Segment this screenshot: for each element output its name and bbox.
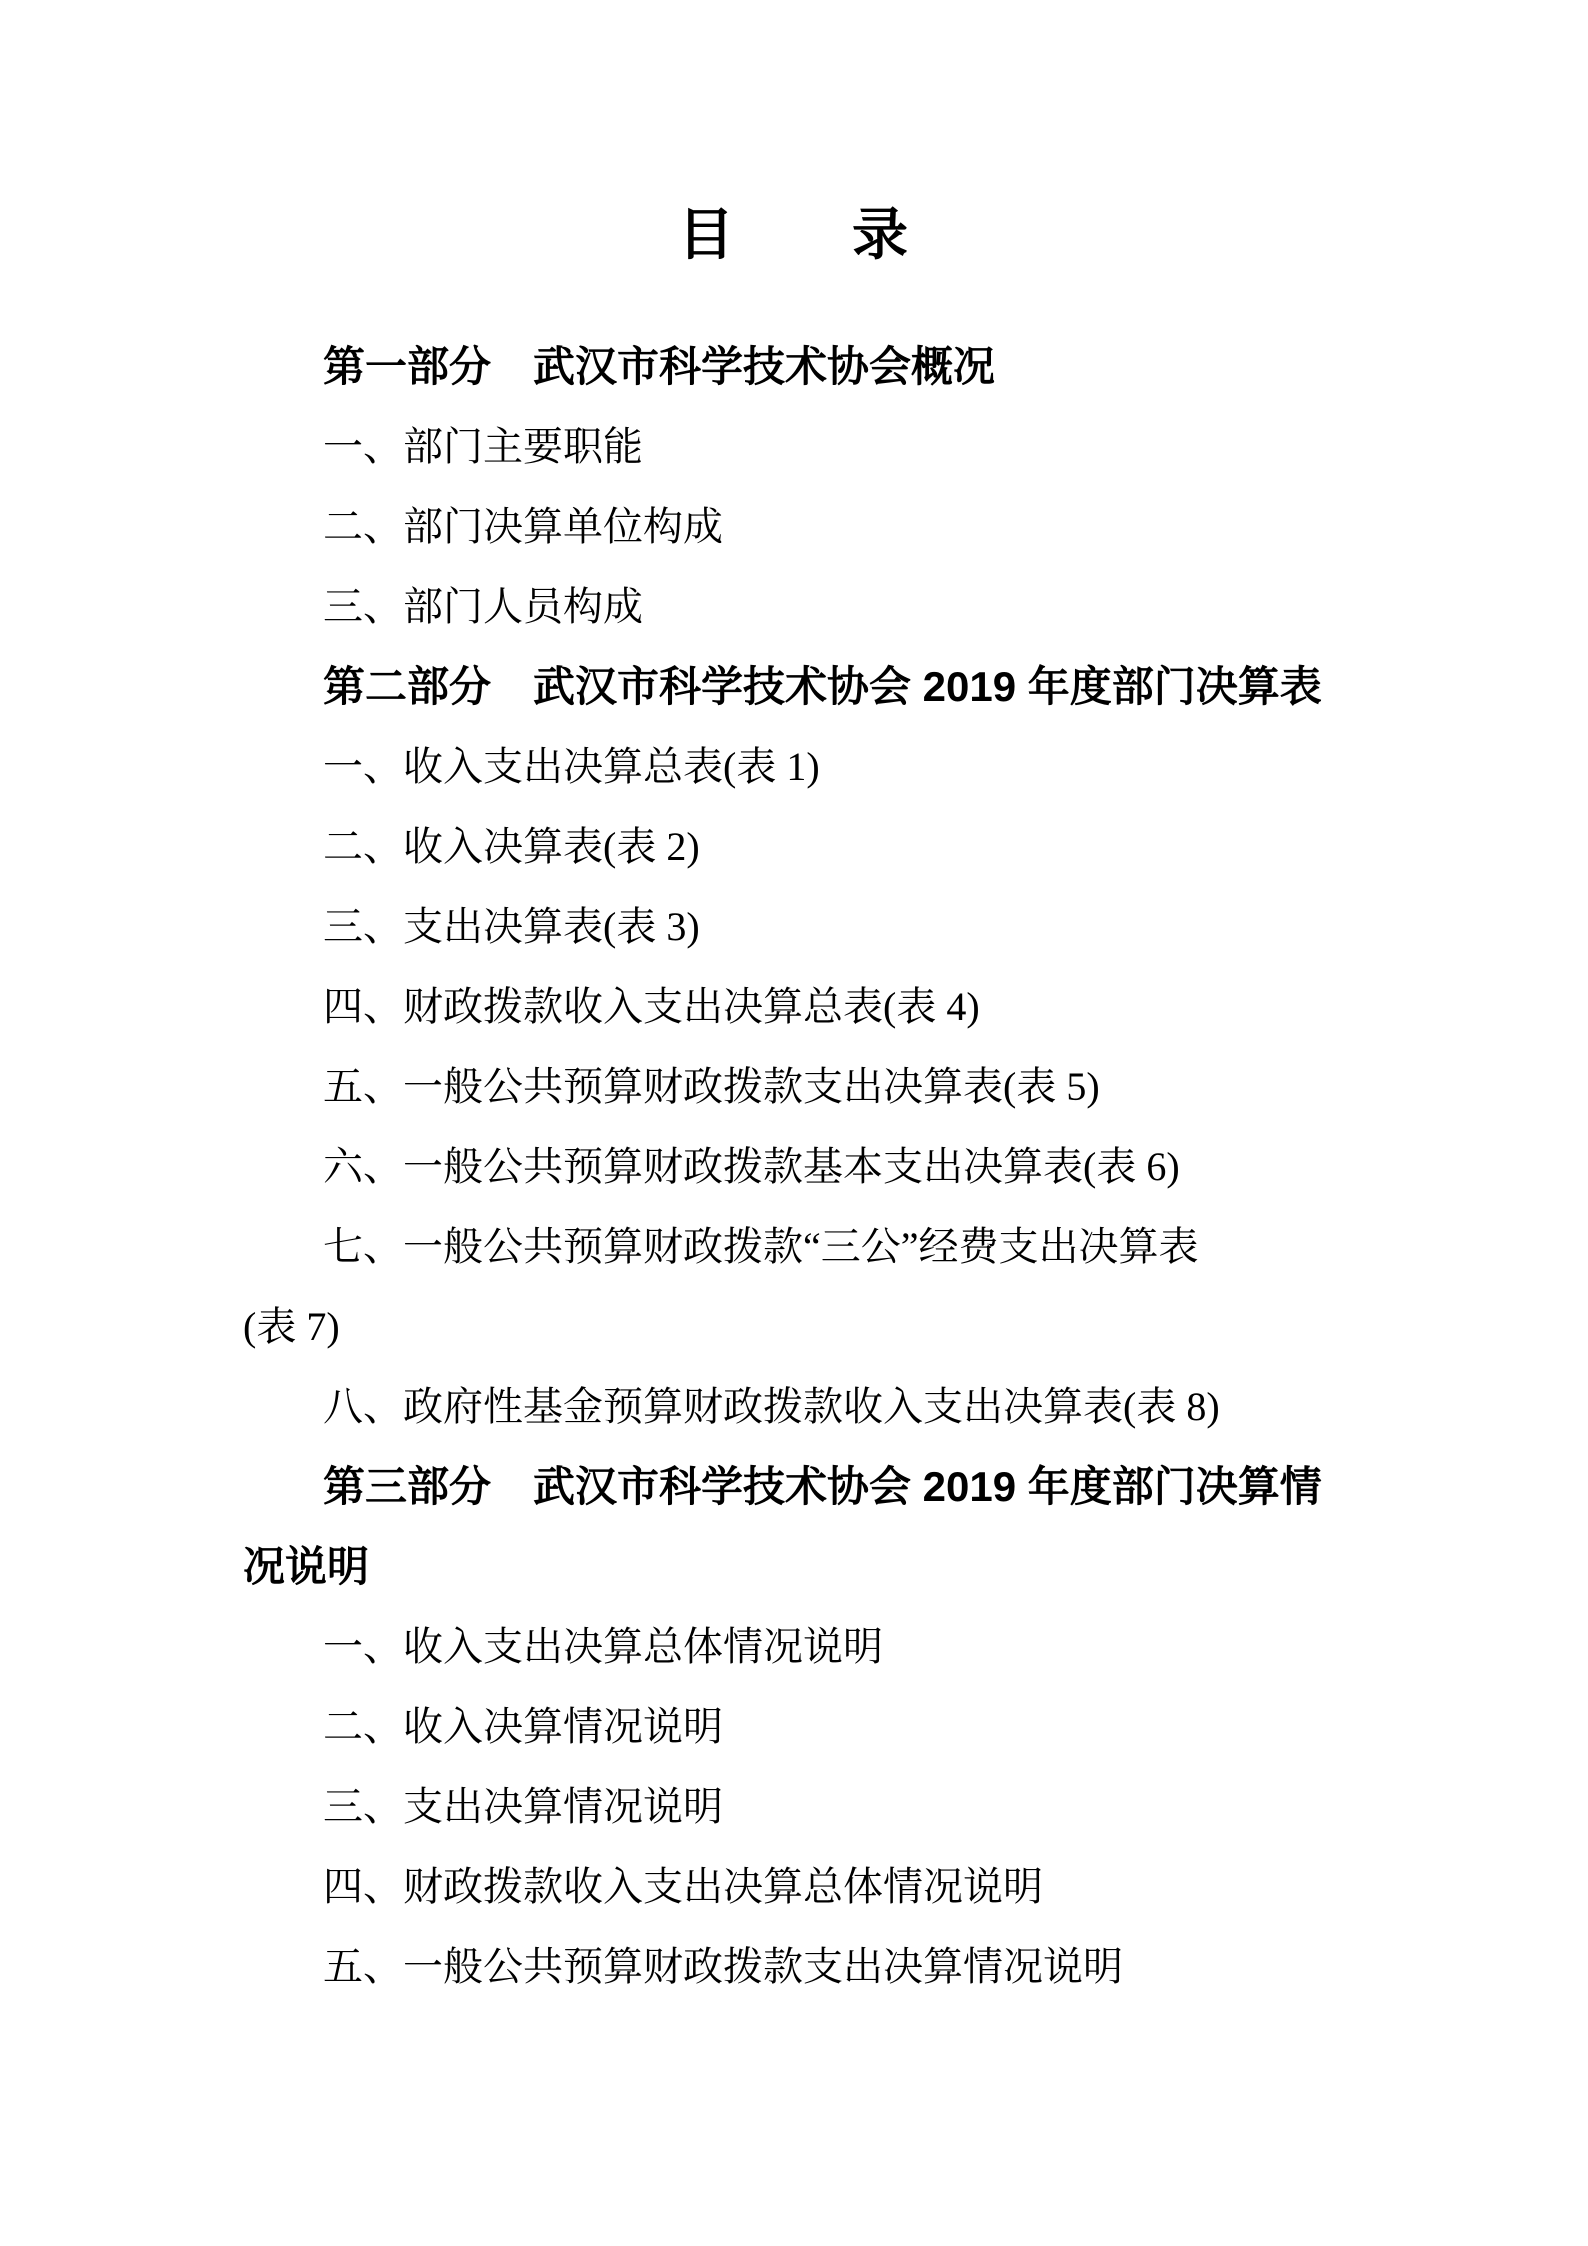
toc-entry: 二、部门决算单位构成 [243,487,1345,567]
toc-section-heading-wrap: 况说明 [243,1527,1345,1607]
toc-entry: 二、收入决算表(表 2) [243,807,1345,887]
toc-entry: 一、收入支出决算总表(表 1) [243,727,1345,807]
toc-entry: 二、收入决算情况说明 [243,1687,1345,1767]
toc-section-heading: 第二部分 武汉市科学技术协会 2019 年度部门决算表 [243,647,1345,727]
toc-entry: 六、一般公共预算财政拨款基本支出决算表(表 6) [243,1127,1345,1207]
toc-entry: 三、支出决算表(表 3) [243,887,1345,967]
toc-section-heading: 第三部分 武汉市科学技术协会 2019 年度部门决算情 [243,1447,1345,1527]
toc-entry: 八、政府性基金预算财政拨款收入支出决算表(表 8) [243,1367,1345,1447]
toc-entry: 四、财政拨款收入支出决算总体情况说明 [243,1847,1345,1927]
toc-entry: 五、一般公共预算财政拨款支出决算情况说明 [243,1927,1345,2007]
document-title: 目 录 [243,195,1345,275]
toc-entry-wrap: (表 7) [243,1287,1345,1367]
table-of-contents: 第一部分 武汉市科学技术协会概况 一、部门主要职能 二、部门决算单位构成 三、部… [243,327,1345,2007]
toc-entry: 五、一般公共预算财政拨款支出决算表(表 5) [243,1047,1345,1127]
document-page: 目 录 第一部分 武汉市科学技术协会概况 一、部门主要职能 二、部门决算单位构成… [0,0,1588,2246]
toc-entry: 三、支出决算情况说明 [243,1767,1345,1847]
toc-entry: 一、收入支出决算总体情况说明 [243,1607,1345,1687]
toc-entry: 三、部门人员构成 [243,567,1345,647]
toc-entry: 四、财政拨款收入支出决算总表(表 4) [243,967,1345,1047]
toc-entry: 七、一般公共预算财政拨款“三公”经费支出决算表 [243,1207,1345,1287]
toc-section-heading: 第一部分 武汉市科学技术协会概况 [243,327,1345,407]
toc-entry: 一、部门主要职能 [243,407,1345,487]
